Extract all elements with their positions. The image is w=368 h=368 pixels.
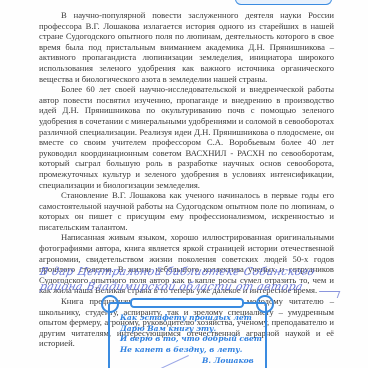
poem-signature: В. Лошаков	[202, 356, 254, 365]
poem-line: И верю в то, что добрый свет	[120, 334, 262, 345]
poem-line: Не канет в бездну, в лету.	[120, 345, 262, 356]
paragraph-1: В научно-популярной повести заслуженного…	[39, 10, 334, 84]
handwritten-inscription-line-1: В дар Центральной библиотеке Собинского	[39, 265, 342, 278]
decorative-banner-top	[235, 0, 332, 5]
poem-line: Как эстафету прошлых лет	[120, 313, 262, 324]
ornamental-frame-top-scroll	[130, 298, 244, 308]
poem-line: Дарю Вам книгу эту.	[120, 324, 262, 335]
handwritten-inscription-line-2: района Владимирской области от автора	[39, 280, 342, 293]
pen-flourish-icon	[317, 291, 341, 298]
paragraph-2: Более 60 лет своей научно-исследовательс…	[39, 84, 334, 190]
paragraph-3: Становление В.Г. Лошакова как ученого на…	[39, 190, 334, 232]
dedication-poem: Как эстафету прошлых лет Дарю Вам книгу …	[120, 313, 262, 355]
